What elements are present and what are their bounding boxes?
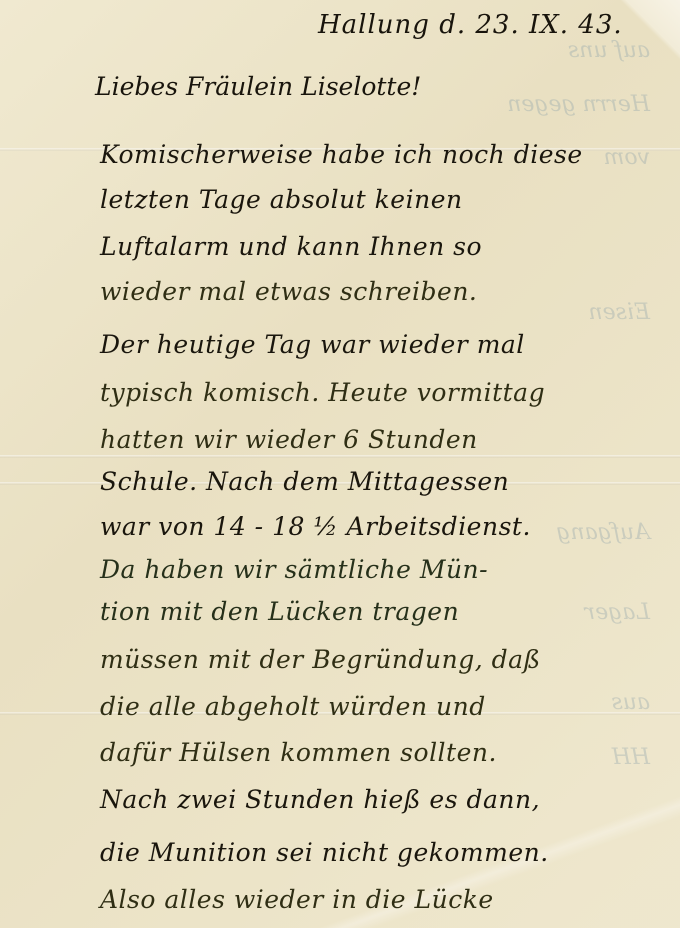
- letter-line: dafür Hülsen kommen sollten.: [100, 738, 497, 767]
- letter-line: die Munition sei nicht gekommen.: [100, 838, 549, 867]
- letter-line: war von 14 - 18 ½ Arbeitsdienst.: [100, 512, 531, 541]
- letter-line: Da haben wir sämtliche Mün-: [100, 555, 488, 584]
- letter-line: Luftalarm und kann Ihnen so: [100, 232, 482, 261]
- letter-line: Der heutige Tag war wieder mal: [100, 330, 525, 359]
- letter-line: Also alles wieder in die Lücke: [100, 885, 494, 914]
- letter-dateline: Hallung d. 23. IX. 43.: [318, 10, 623, 40]
- letter-line: Komischerweise habe ich noch diese: [100, 140, 583, 169]
- letter-line: hatten wir wieder 6 Stunden: [100, 425, 478, 454]
- letter-line: die alle abgeholt würden und: [100, 692, 486, 721]
- letter-line: wieder mal etwas schreiben.: [100, 277, 477, 306]
- letter-line: letzten Tage absolut keinen: [100, 185, 463, 214]
- letter-line: Schule. Nach dem Mittagessen: [100, 467, 509, 496]
- letter-body: Hallung d. 23. IX. 43. Liebes Fräulein L…: [0, 0, 680, 928]
- letter-page: auf uns Herrn gegen vom Eisen Aufgang La…: [0, 0, 680, 928]
- letter-line: tion mit den Lücken tragen: [100, 597, 459, 626]
- letter-line: typisch komisch. Heute vormittag: [100, 378, 545, 407]
- letter-salutation: Liebes Fräulein Liselotte!: [95, 72, 421, 101]
- letter-line: Nach zwei Stunden hieß es dann,: [100, 785, 540, 814]
- letter-line: müssen mit der Begründung, daß: [100, 645, 541, 674]
